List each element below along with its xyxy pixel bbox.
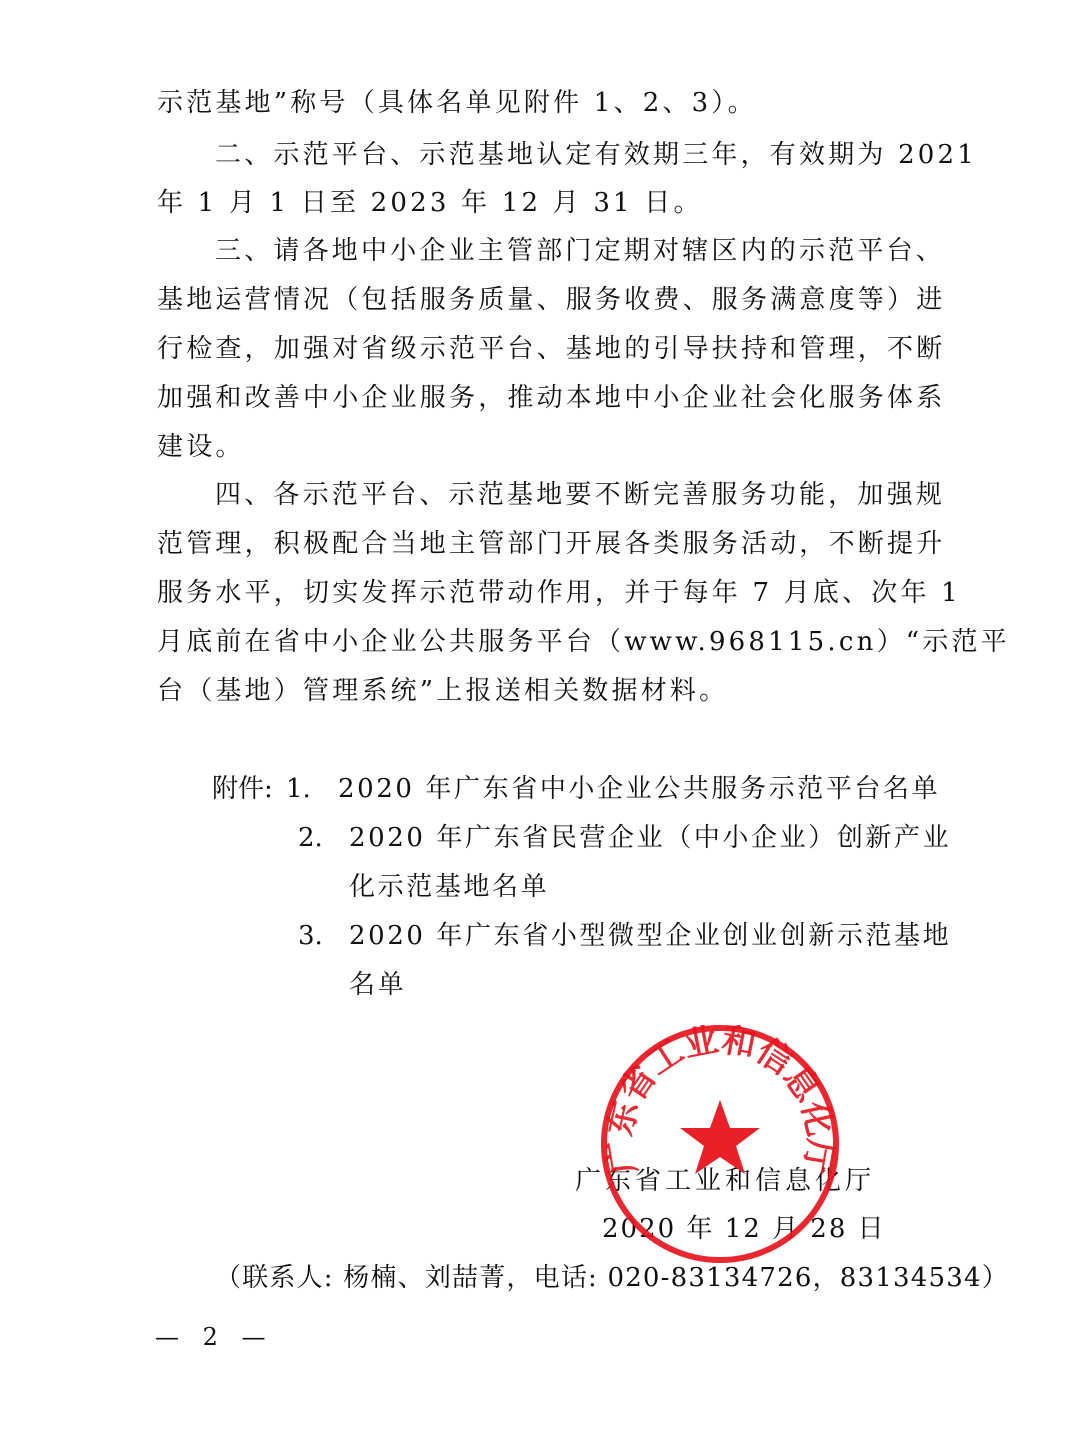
paragraph-4-line: 四、各示范平台、示范基地要不断完善服务功能，加强规 bbox=[215, 480, 923, 510]
paragraph-2-line: 二、示范平台、示范基地认定有效期三年，有效期为 2021 bbox=[215, 140, 923, 170]
attachment-2-title: 2020 年广东省民营企业（中小企业）创新产业 bbox=[349, 823, 923, 853]
contact-info: （联系人: 杨楠、刘喆菁，电话: 020-83134726，83134534） bbox=[215, 1263, 1009, 1293]
attachment-number: 1. bbox=[286, 774, 311, 804]
document-page: 示范基地”称号（具体名单见附件 1、2、3）。 二、示范平台、示范基地认定有效期… bbox=[0, 0, 1080, 1441]
paragraph-line: 示范基地”称号（具体名单见附件 1、2、3）。 bbox=[157, 88, 927, 118]
attachment-2-title-cont: 化示范基地名单 bbox=[349, 872, 929, 902]
paragraph-4-line: 台（基地）管理系统”上报送相关数据材料。 bbox=[157, 676, 927, 706]
paragraph-4-line: 月底前在省中小企业公共服务平台（www.968115.cn）“示范平 bbox=[157, 627, 927, 657]
seal-text: 广东省工业和信息化厅 bbox=[600, 1022, 840, 1177]
attachment-3-title-cont: 名单 bbox=[349, 970, 929, 1000]
attachment-3-title: 2020 年广东省小型微型企业创业创新示范基地 bbox=[349, 921, 923, 951]
paragraph-4-line: 范管理，积极配合当地主管部门开展各类服务活动，不断提升 bbox=[157, 529, 927, 559]
attachment-number: 2. bbox=[298, 823, 323, 853]
paragraph-2-line: 年 1 月 1 日至 2023 年 12 月 31 日。 bbox=[157, 188, 927, 218]
paragraph-3-line: 加强和改善中小企业服务，推动本地中小企业社会化服务体系 bbox=[157, 383, 927, 413]
issuer-name: 广东省工业和信息化厅 bbox=[575, 1166, 875, 1196]
issue-date: 2020 年 12 月 28 日 bbox=[602, 1214, 886, 1244]
paragraph-3-line: 基地运营情况（包括服务质量、服务收费、服务满意度等）进 bbox=[157, 285, 927, 315]
paragraph-4-line: 服务水平，切实发挥示范带动作用，并于每年 7 月底、次年 1 bbox=[157, 578, 927, 608]
attachment-number: 3. bbox=[298, 921, 323, 951]
paragraph-3-line: 建设。 bbox=[157, 432, 927, 462]
paragraph-3-line: 行检查，加强对省级示范平台、基地的引导扶持和管理，不断 bbox=[157, 334, 927, 364]
attachments-label: 附件: bbox=[212, 774, 273, 804]
page-number: — 2 — bbox=[155, 1322, 274, 1352]
paragraph-3-line: 三、请各地中小企业主管部门定期对辖区内的示范平台、 bbox=[215, 236, 923, 266]
star-icon bbox=[680, 1100, 760, 1174]
attachment-1-title: 2020 年广东省中小企业公共服务示范平台名单 bbox=[338, 774, 922, 804]
